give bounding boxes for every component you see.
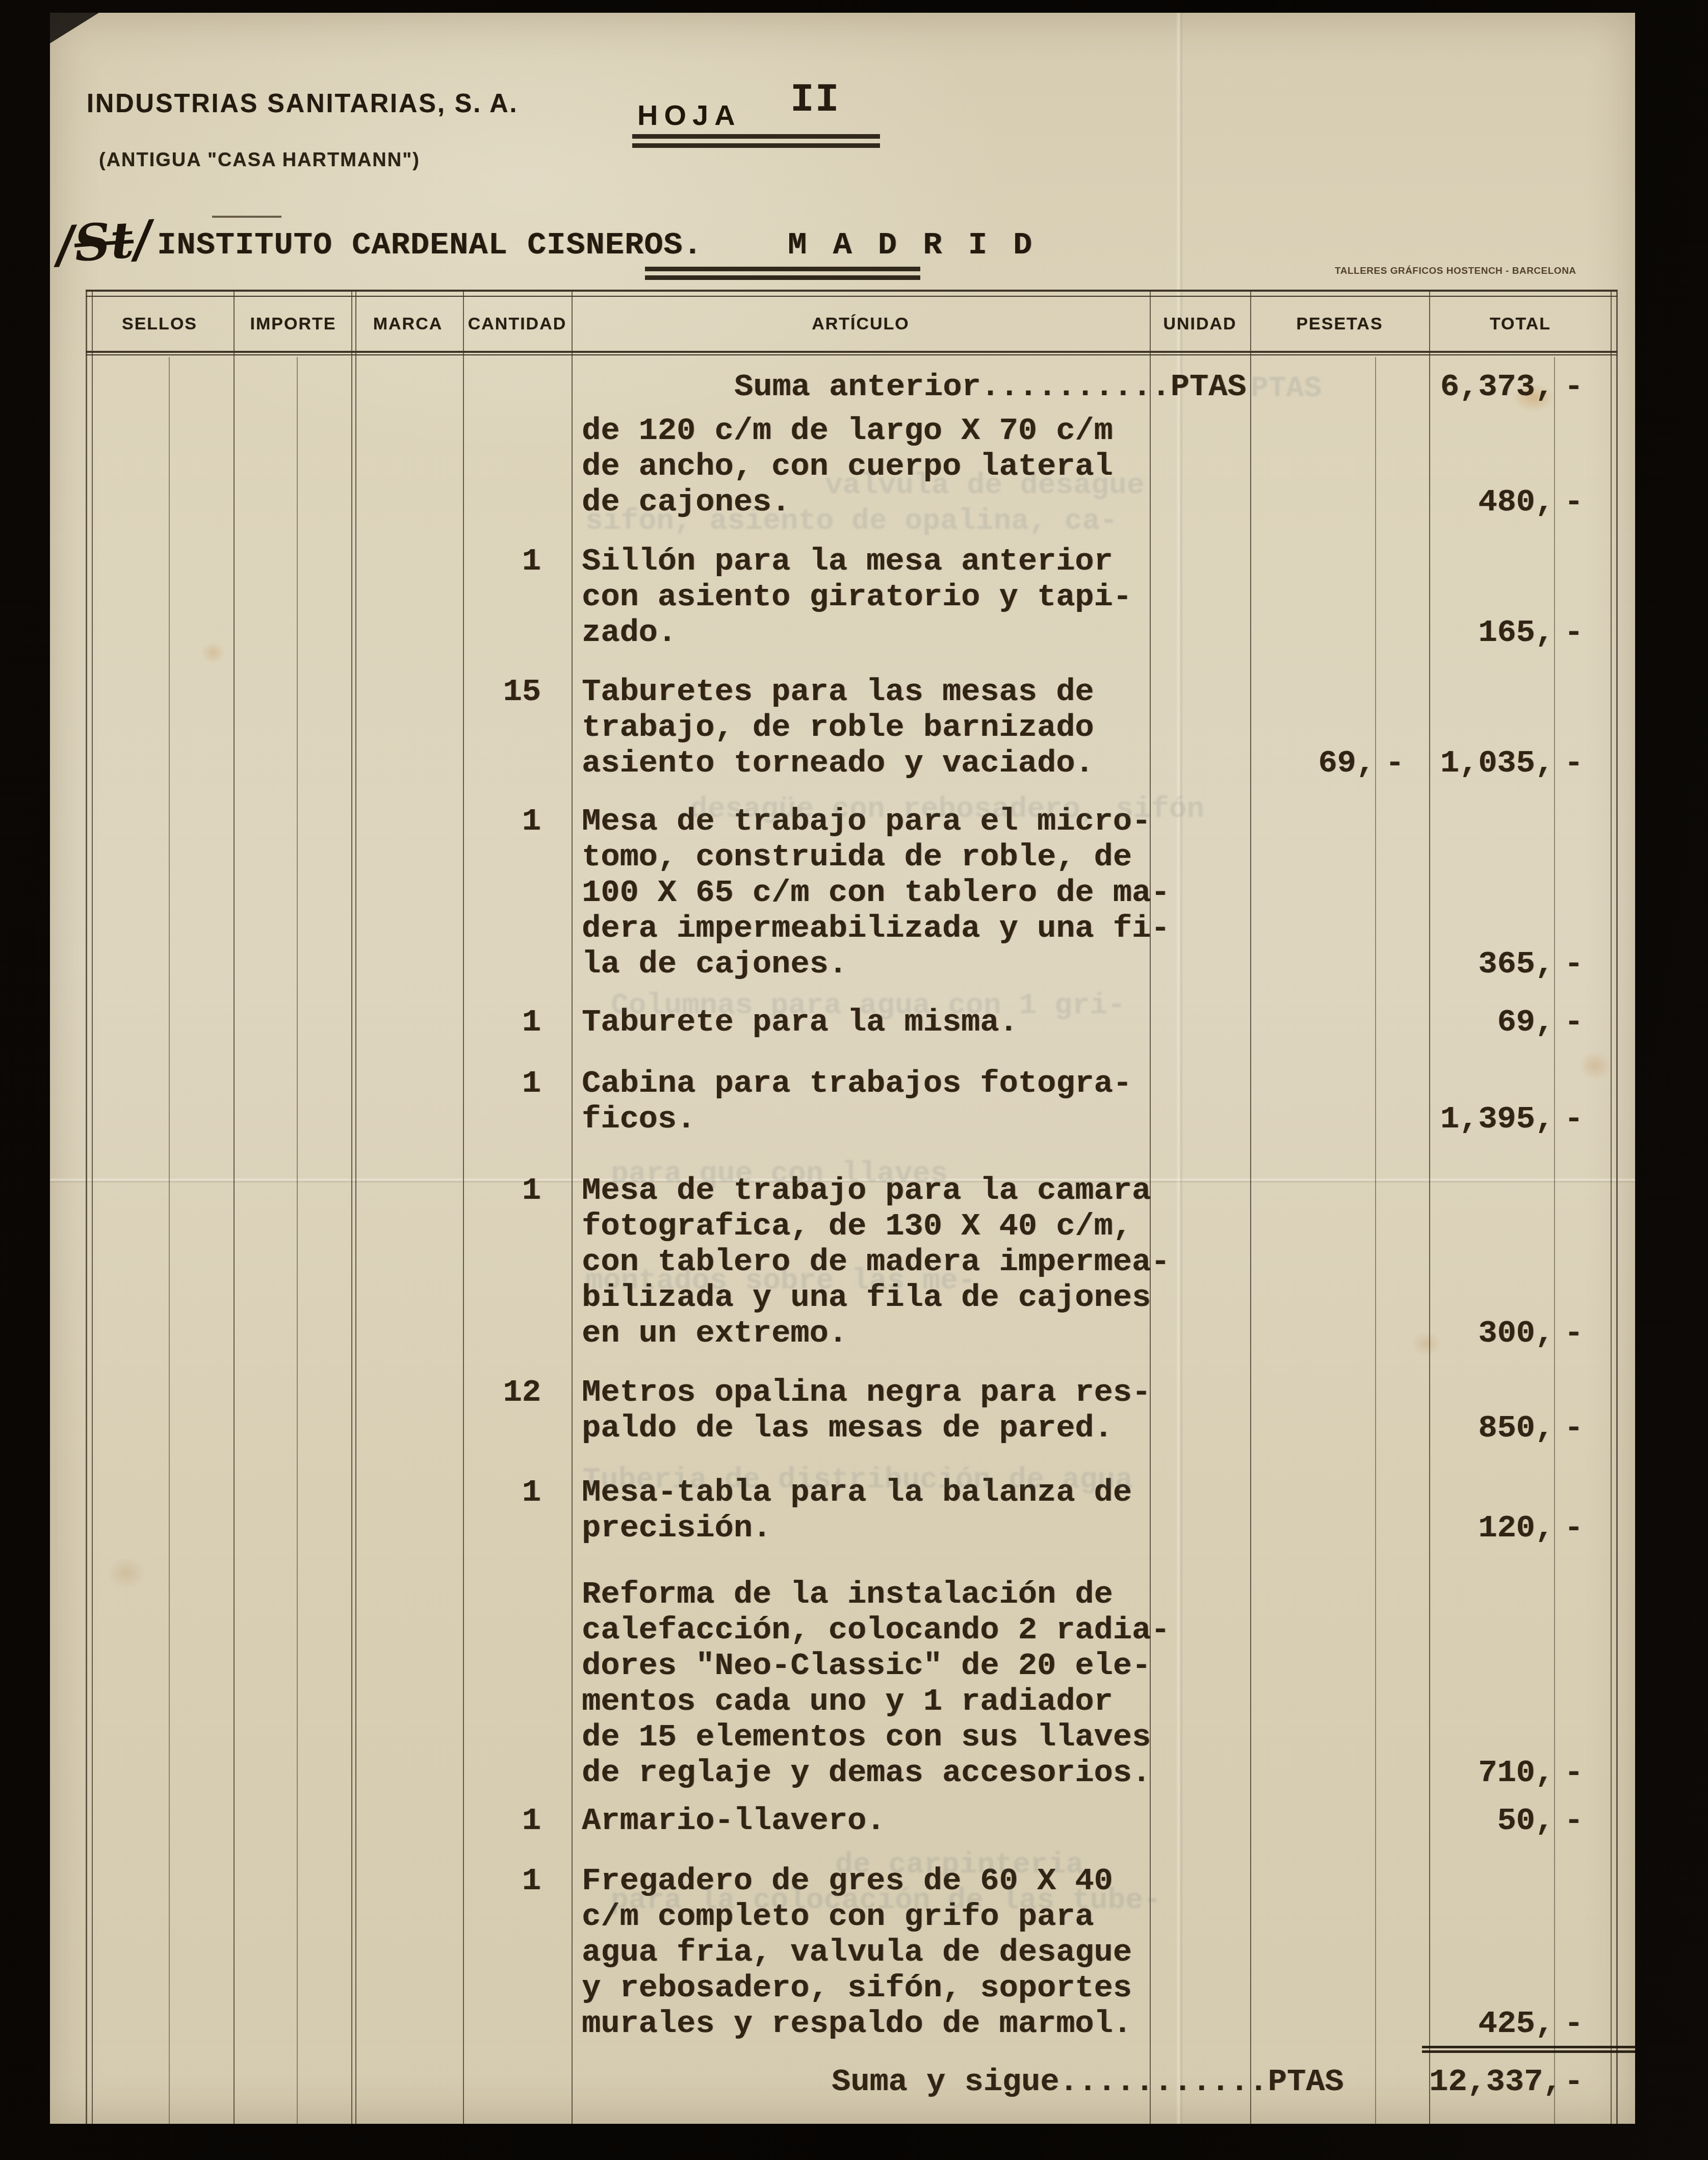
col-header-importe: IMPORTE — [234, 314, 353, 334]
item-description: Taburetes para las mesas detrabajo, de r… — [572, 674, 1150, 781]
item-description-line: Cabina para trabajos fotogra- — [582, 1066, 1150, 1101]
item-description-line: ficos. — [582, 1101, 1150, 1137]
item-description-line: de reglaje y demas accesorios. — [582, 1755, 1150, 1791]
item-unit-price — [1250, 1803, 1429, 1839]
printer-credit: TALLERES GRÁFICOS HOSTENCH - BARCELONA — [1335, 266, 1576, 277]
item-description-line: paldo de las mesas de pared. — [582, 1410, 1150, 1446]
col-header-marca: MARCA — [353, 314, 463, 334]
item-description-line: agua fria, valvula de desague — [582, 1935, 1150, 1970]
item-description-line: zado. — [582, 615, 1150, 651]
item-description-line: Reforma de la instalación de — [582, 1577, 1150, 1612]
scanned-invoice-sheet: INDUSTRIAS SANITARIAS, S. A. (ANTIGUA "C… — [0, 0, 1708, 2160]
sheet-label: HOJA — [637, 98, 741, 132]
item-description-line: Sillón para la mesa anterior — [582, 544, 1150, 579]
item-description-line: con tablero de madera impermea- — [582, 1244, 1150, 1280]
item-row: 1 Sillón para la mesa anteriorcon asient… — [86, 544, 1617, 651]
item-unit-price — [1250, 413, 1429, 520]
item-total: 50,- — [1429, 1803, 1612, 1839]
carry-over-row: Suma y sigue...........PTAS 12,337,- — [86, 2064, 1617, 2100]
item-description: Cabina para trabajos fotogra-ficos. — [572, 1066, 1150, 1137]
header-bottom-rule-outer — [86, 351, 1617, 353]
item-description-line: dores "Neo-Classic" de 20 ele- — [582, 1648, 1150, 1684]
item-description: Taburete para la misma. — [572, 1005, 1150, 1040]
item-unit-price — [1250, 1066, 1429, 1137]
item-description-line: calefacción, colocando 2 radia- — [582, 1612, 1150, 1648]
item-description: Metros opalina negra para res-paldo de l… — [572, 1375, 1150, 1446]
typed-underline-city — [645, 267, 920, 280]
item-description-line: la de cajones. — [582, 946, 1150, 982]
item-description-line: 100 X 65 c/m con tablero de ma- — [582, 875, 1150, 911]
item-total: 850,- — [1429, 1375, 1612, 1446]
invoice-table: SELLOS IMPORTE MARCA CANTIDAD ARTÍCULO U… — [86, 290, 1617, 2124]
item-quantity: 12 — [463, 1375, 572, 1410]
client-city: M A D R I D — [788, 227, 1036, 263]
company-name: INDUSTRIAS SANITARIAS, S. A. — [87, 88, 519, 119]
item-quantity: 1 — [463, 1005, 572, 1040]
carry-forward-row: Suma anterior..........PTAS 6,373,- — [86, 369, 1617, 405]
item-row: 1 Mesa-tabla para la balanza deprecisión… — [86, 1475, 1617, 1546]
item-total: 365,- — [1429, 804, 1612, 982]
item-quantity: 15 — [463, 674, 572, 710]
item-quantity: 1 — [463, 1863, 572, 1899]
item-unit-price — [1250, 1475, 1429, 1546]
item-description-line: en un extremo. — [582, 1316, 1150, 1351]
item-total: 480,- — [1429, 413, 1612, 520]
letterhead-divider-dash — [212, 216, 281, 218]
item-description-line: tomo, construida de roble, de — [582, 839, 1150, 875]
item-unit-price — [1250, 1577, 1429, 1791]
item-row: 1 Armario-llavero. 50,- — [86, 1803, 1617, 1839]
item-quantity: 1 — [463, 544, 572, 579]
item-row: 1 Cabina para trabajos fotogra-ficos. 1,… — [86, 1066, 1617, 1137]
item-description-line: y rebosadero, sifón, soportes — [582, 1970, 1150, 2006]
typed-underline-sheet-number — [632, 134, 880, 148]
item-total: 710,- — [1429, 1577, 1612, 1791]
item-row: 1 Fregadero de gres de 60 X 40c/m comple… — [86, 1863, 1617, 2042]
item-description-line: precisión. — [582, 1510, 1150, 1546]
col-header-sellos: SELLOS — [86, 314, 234, 334]
company-subtitle: (ANTIGUA "CASA HARTMANN") — [99, 149, 420, 171]
item-description-line: c/m completo con grifo para — [582, 1899, 1150, 1935]
item-description: Sillón para la mesa anteriorcon asiento … — [572, 544, 1150, 651]
client-name: INSTITUTO CARDENAL CISNEROS. — [157, 227, 703, 263]
item-quantity: 1 — [463, 1475, 572, 1510]
item-description: de 120 c/m de largo X 70 c/mde ancho, co… — [572, 413, 1150, 520]
col-header-total: TOTAL — [1429, 314, 1612, 334]
item-description: Fregadero de gres de 60 X 40c/m completo… — [572, 1863, 1150, 2042]
item-description-line: de 15 elementos con sus llaves — [582, 1719, 1150, 1755]
item-unit-price — [1250, 804, 1429, 982]
item-total: 300,- — [1429, 1173, 1612, 1351]
item-row: de 120 c/m de largo X 70 c/mde ancho, co… — [86, 413, 1617, 520]
item-row: 15 Taburetes para las mesas detrabajo, d… — [86, 674, 1617, 781]
item-unit-price: 69,- — [1250, 674, 1429, 781]
item-unit-price — [1250, 1863, 1429, 2042]
col-header-cantidad: CANTIDAD — [463, 314, 572, 334]
item-description: Reforma de la instalación decalefacción,… — [572, 1577, 1150, 1791]
item-quantity: 1 — [463, 1173, 572, 1208]
handwritten-st-core: St — [72, 211, 136, 273]
item-description-line: Mesa de trabajo para la camara — [582, 1173, 1150, 1208]
item-description: Mesa de trabajo para el micro-tomo, cons… — [572, 804, 1150, 982]
item-row: 1 Mesa de trabajo para el micro-tomo, co… — [86, 804, 1617, 982]
table-top-rule-outer — [86, 290, 1617, 292]
item-description-line: Mesa-tabla para la balanza de — [582, 1475, 1150, 1510]
item-unit-price — [1250, 1375, 1429, 1446]
item-description-line: trabajo, de roble barnizado — [582, 710, 1150, 745]
item-row: 12 Metros opalina negra para res-paldo d… — [86, 1375, 1617, 1446]
carry-over-amount: 12,337, — [1429, 2064, 1558, 2100]
item-description: Armario-llavero. — [572, 1803, 1150, 1839]
item-row: 1 Taburete para la misma. 69,- — [86, 1005, 1617, 1040]
item-total: 425,- — [1429, 1863, 1612, 2042]
item-total: 1,035,- — [1429, 674, 1612, 781]
item-description-line: dera impermeabilizada y una fi- — [582, 911, 1150, 946]
item-description-line: bilizada y una fila de cajones — [582, 1280, 1150, 1316]
item-description: Mesa de trabajo para la camarafotografic… — [572, 1173, 1150, 1351]
sheet-number: II — [790, 78, 840, 123]
item-description: Mesa-tabla para la balanza deprecisión. — [572, 1475, 1150, 1546]
carry-over-label: Suma y sigue...........PTAS — [572, 2064, 1250, 2100]
item-quantity: 1 — [463, 804, 572, 839]
carry-forward-label: Suma anterior..........PTAS — [572, 369, 1250, 405]
subtotal-heavy-underline — [1422, 2046, 1635, 2053]
item-description-line: asiento torneado y vaciado. — [582, 745, 1150, 781]
header-bottom-rule-inner — [86, 354, 1617, 355]
handwritten-st-mark: /St/ — [54, 210, 153, 275]
item-description-line: de ancho, con cuerpo lateral — [582, 449, 1150, 484]
table-top-rule-inner — [86, 296, 1617, 297]
item-unit-price — [1250, 1005, 1429, 1040]
item-description-line: Metros opalina negra para res- — [582, 1375, 1150, 1410]
item-unit-price — [1250, 1173, 1429, 1351]
carry-forward-cents: - — [1558, 369, 1583, 405]
carry-over-cents: - — [1558, 2064, 1583, 2100]
item-description-line: Taburetes para las mesas de — [582, 674, 1150, 710]
item-description-line: murales y respaldo de marmol. — [582, 2006, 1150, 2042]
item-total: 69,- — [1429, 1005, 1612, 1040]
item-row: Reforma de la instalación decalefacción,… — [86, 1577, 1617, 1791]
item-row: 1 Mesa de trabajo para la camarafotograf… — [86, 1173, 1617, 1351]
item-description-line: de 120 c/m de largo X 70 c/m — [582, 413, 1150, 449]
table-header-row: SELLOS IMPORTE MARCA CANTIDAD ARTÍCULO U… — [86, 298, 1617, 350]
item-unit-price — [1250, 544, 1429, 651]
item-description-line: fotografica, de 130 X 40 c/m, — [582, 1208, 1150, 1244]
col-header-unidad: UNIDAD — [1150, 314, 1250, 334]
item-description-line: Taburete para la misma. — [582, 1005, 1150, 1040]
carry-forward-amount: 6,373, — [1429, 369, 1558, 405]
col-header-articulo: ARTÍCULO — [572, 314, 1150, 334]
item-description-line: Mesa de trabajo para el micro- — [582, 804, 1150, 839]
item-description-line: con asiento giratorio y tapi- — [582, 579, 1150, 615]
carry-over-total: 12,337,- — [1429, 2064, 1612, 2100]
paper-sheet: INDUSTRIAS SANITARIAS, S. A. (ANTIGUA "C… — [50, 13, 1635, 2124]
item-description-line: mentos cada uno y 1 radiador — [582, 1684, 1150, 1719]
col-header-pesetas: PESETAS — [1250, 314, 1429, 334]
item-quantity: 1 — [463, 1066, 572, 1101]
item-quantity: 1 — [463, 1803, 572, 1839]
table-body: Suma anterior..........PTAS 6,373,- de 1… — [86, 357, 1617, 2100]
item-total: 120,- — [1429, 1475, 1612, 1546]
item-total: 1,395,- — [1429, 1066, 1612, 1137]
item-description-line: Armario-llavero. — [582, 1803, 1150, 1839]
carry-forward-total: 6,373,- — [1429, 369, 1612, 405]
item-description-line: Fregadero de gres de 60 X 40 — [582, 1863, 1150, 1899]
item-description-line: de cajones. — [582, 484, 1150, 520]
item-total: 165,- — [1429, 544, 1612, 651]
